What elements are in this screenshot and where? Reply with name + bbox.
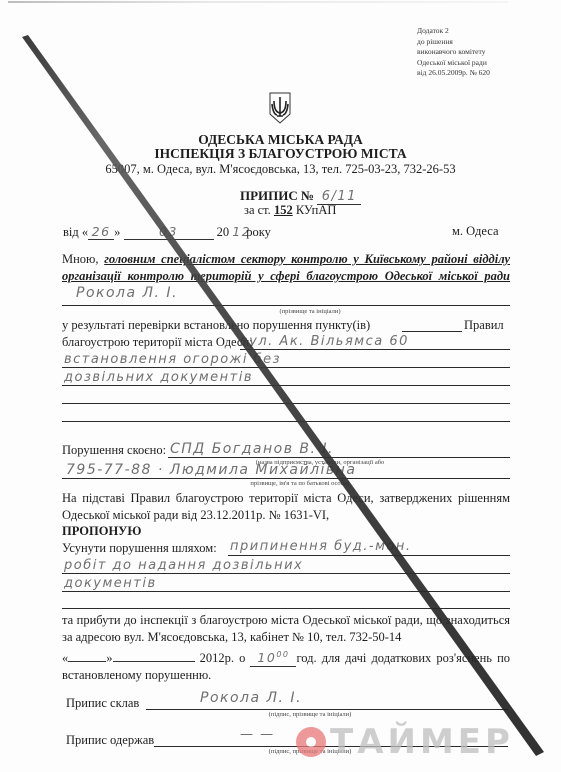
propose-handwritten-2: робіт до надання дозвільних	[64, 558, 303, 573]
appear-paragraph: та прибути до інспекції з благоустрою мі…	[62, 612, 510, 646]
violation-handwritten-2: встановлення огорожі без	[64, 352, 281, 367]
propose-line	[62, 608, 510, 609]
dept-title: ІНСПЕКЦІЯ З БЛАГОУСТРОЮ МІСТА	[0, 146, 561, 162]
committed-person: 795-77-88 · Людмила Михайлівна	[66, 462, 356, 478]
violation-handwritten-3: дозвільних документів	[64, 370, 253, 385]
article-number: 152	[274, 203, 293, 217]
year-prefix: 20	[217, 225, 230, 239]
order-article: за ст. 152 КУпАП	[244, 203, 336, 218]
composed-label: Припис склав	[66, 696, 139, 711]
article-prefix: за ст.	[244, 203, 271, 217]
propose-line	[62, 591, 510, 592]
annex-line: Одеської міської ради	[417, 58, 557, 69]
violation-point-blank	[402, 331, 462, 332]
scan-edge	[8, 1, 508, 3]
date-day: 26	[88, 224, 114, 240]
appear-date-close: »	[106, 651, 112, 665]
watermark-text: ТАЙМЕР	[330, 722, 514, 762]
date-month: 03	[124, 224, 214, 240]
article-code: КУпАП	[296, 203, 337, 217]
violation-line	[62, 403, 510, 404]
propose-label: Усунути порушення шляхом:	[62, 541, 217, 556]
committed-org: СПД Богданов В. І.	[170, 441, 334, 457]
violation-handwritten-1: вул. Ак. Вільямса 60	[240, 334, 409, 349]
annex-line: виконавчого комітету	[417, 47, 557, 58]
taimer-logo-icon	[296, 727, 326, 757]
basis-paragraph: На підставі Правил благоустрою території…	[62, 490, 510, 524]
appear-day-blank	[68, 661, 106, 662]
propose-handwritten-1: припинення буд.-мон.	[230, 539, 412, 554]
appear-year: 2012р. о	[200, 651, 246, 665]
annex-line: від 26.05.2009р. № 620	[417, 68, 557, 79]
committed-person-line	[62, 478, 510, 479]
violation-line1: у результаті перевірки встановлено поруш…	[62, 318, 370, 333]
propose-handwritten-3: документів	[64, 576, 157, 591]
order-date: від «26» 03 20 12року	[63, 224, 271, 240]
propose-line	[228, 555, 510, 556]
propose-line	[62, 573, 510, 574]
composed-line	[146, 709, 508, 710]
committed-person-caption: прізвище, ім'я та по батькові особи)	[200, 480, 400, 487]
inspector-paragraph: Мною, головним спеціалістом сектору конт…	[62, 251, 510, 302]
annex-line: до рішення	[417, 37, 557, 48]
date-mid: »	[114, 225, 120, 239]
order-title-label: ПРИПИС №	[240, 188, 314, 203]
composed-signature: Рокола Л. І.	[200, 690, 302, 706]
order-city: м. Одеса	[452, 224, 499, 239]
document-page: Додаток 2 до рішення виконавчого комітет…	[0, 0, 561, 772]
received-label: Припис одержав	[66, 733, 154, 748]
inspector-lead: Мною,	[62, 252, 99, 266]
trident-coat-of-arms-icon	[269, 92, 291, 124]
received-signature: — —	[240, 727, 275, 742]
committed-org-line	[168, 457, 510, 458]
inspector-name-caption: (прізвище та ініціали)	[200, 308, 420, 315]
appear-hour-minutes: 00	[276, 650, 289, 659]
date-prefix: від «	[63, 225, 88, 239]
committed-label: Порушення скоєно:	[62, 443, 166, 458]
annex-note: Додаток 2 до рішення виконавчого комітет…	[417, 26, 557, 79]
appear-month-blank	[113, 661, 195, 662]
year-suffix: 12	[232, 224, 246, 239]
violation-line	[240, 349, 510, 350]
violation-line1-end: Правил	[464, 318, 504, 333]
composed-caption: (підпис, прізвище та ініціали)	[210, 711, 410, 718]
org-address: 65007, м. Одеса, вул. М'ясоєдовська, 13,…	[0, 162, 561, 177]
violation-line	[62, 421, 510, 422]
appear-hour: 1000	[250, 646, 296, 667]
inspector-position: головним спеціалістом сектору контролю у…	[62, 252, 510, 283]
annex-line: Додаток 2	[417, 26, 557, 37]
violation-line2: благоустрою території міста Одеси:	[62, 335, 253, 350]
inspector-name: Рокола Л. І.	[76, 285, 178, 301]
appear-date-paragraph: «» 2012р. о 1000год. для дачі додаткових…	[62, 646, 510, 684]
violation-line	[62, 367, 510, 368]
violation-line	[62, 385, 510, 386]
year-word: року	[246, 225, 271, 239]
appear-hour-value: 10	[257, 650, 276, 665]
propose-heading: ПРОПОНУЮ	[62, 524, 141, 539]
appear-date-open: «	[62, 651, 68, 665]
inspector-name-line	[62, 305, 510, 306]
